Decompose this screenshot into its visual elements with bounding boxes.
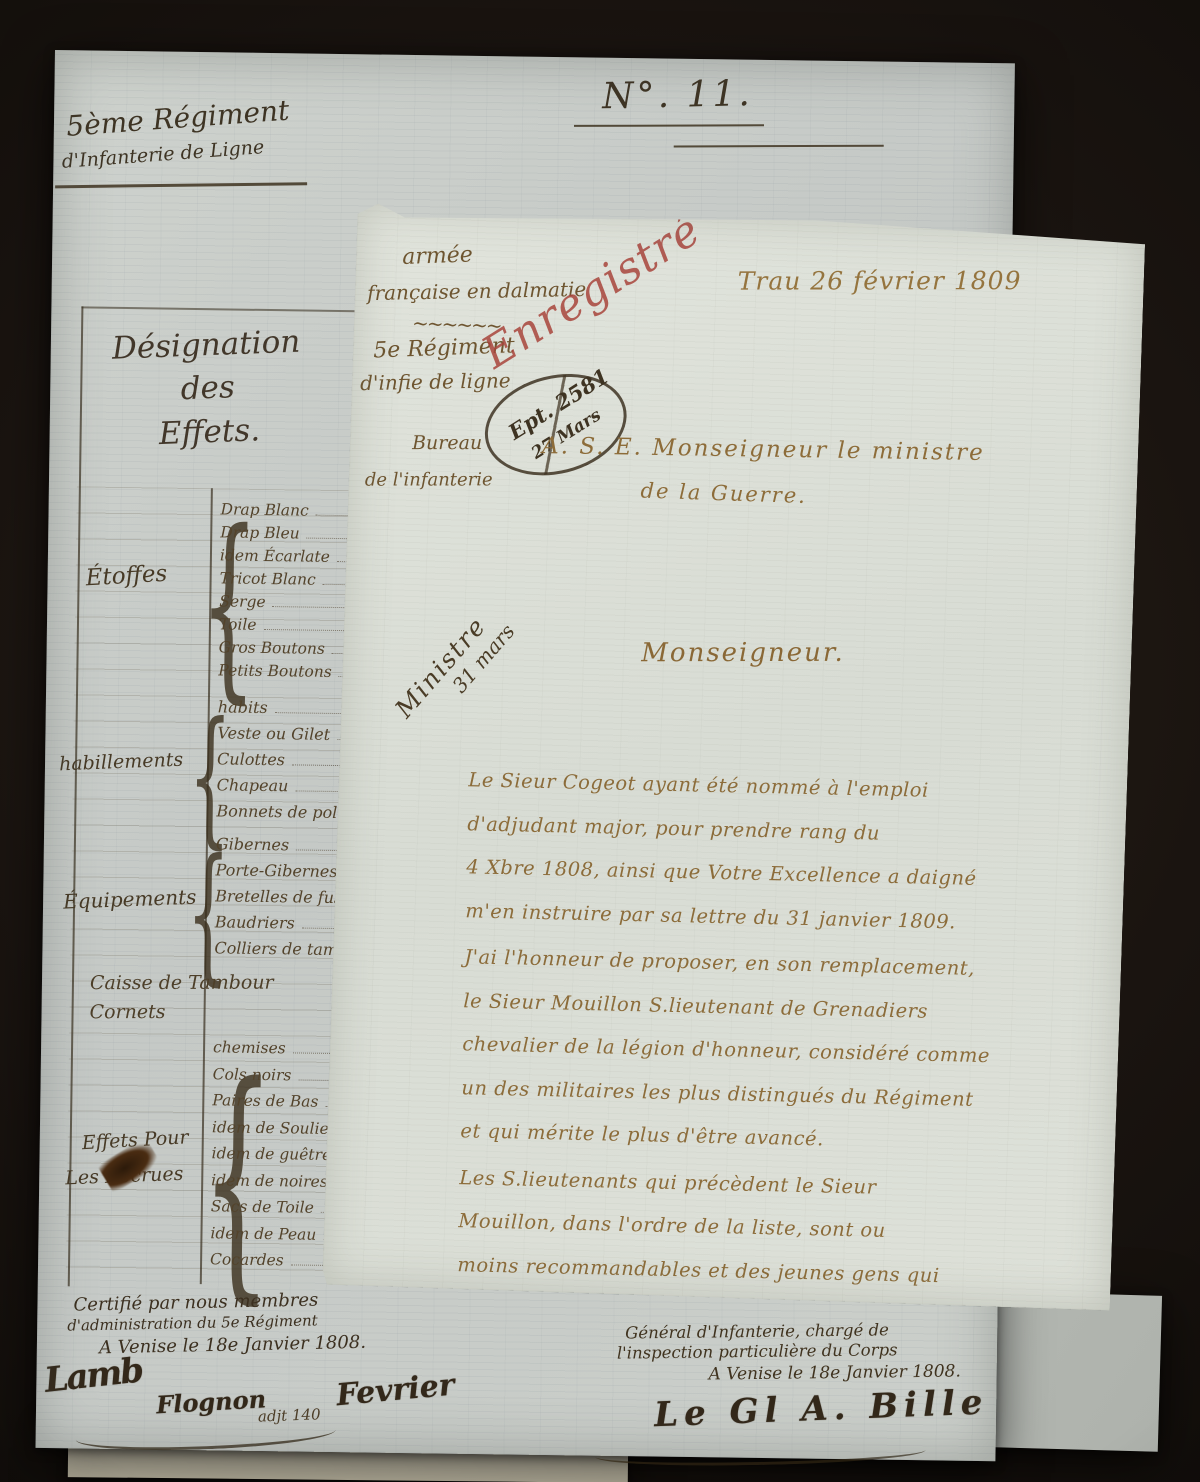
category-label: Équipements [63, 885, 197, 914]
title-underline [55, 182, 307, 188]
body-line: moins recommandables et des jeunes gens … [457, 1243, 1088, 1301]
category-label: habillements [59, 749, 184, 776]
body-line: Le Sieur Cogeot ayant été nommé à l'empl… [468, 758, 1099, 816]
red-registry-note: Enregistré [473, 204, 709, 379]
inspection-line: Général d'Infanterie, chargé de [625, 1320, 889, 1342]
header-underline [574, 124, 764, 127]
table-header-line: Désignation [78, 319, 334, 372]
body-line: et qui mérite le plus d'être avancé. [460, 1109, 1091, 1167]
army-header-line: française en dalmatie [367, 277, 587, 305]
paragraph: Les S.lieutenants qui précèdent le Sieur… [457, 1156, 1090, 1301]
margin-note: Ministre 31 mars [389, 600, 519, 739]
ink-stain [97, 1137, 161, 1193]
certification-line: A Venise le 18e Janvier 1808. [99, 1332, 366, 1359]
signature-scrawl: Flognon [155, 1384, 266, 1419]
brace-mark: { [199, 488, 260, 722]
photo-stage: N°. 11. 5ème Régiment d'Infanterie de Li… [0, 0, 1200, 1482]
table-header-line: Effets. [81, 406, 337, 459]
brace-mark: { [188, 690, 233, 863]
body-line: un des militaires les plus distingués du… [461, 1066, 1092, 1124]
ledger-column-rule [200, 488, 213, 1284]
army-header-line: 5e Régiment [373, 333, 515, 363]
body-line: Mouillon, dans l'ordre de la liste, sont… [458, 1199, 1089, 1257]
body-line: J'ai l'honneur de proposer, en son rempl… [464, 935, 1095, 993]
signature-flourish [595, 1439, 925, 1469]
brace-mark: { [199, 1032, 275, 1326]
body-line: 4 Xbre 1808, ainsi que Votre Excellence … [466, 845, 1097, 903]
category-label: Effets Pour [81, 1126, 189, 1154]
brace-mark: { [186, 827, 231, 1000]
stamp-number: Ept. 2581 [504, 363, 613, 444]
regiment-title-line: d'Infanterie de Ligne [61, 136, 265, 173]
category-label: Les Recrues [65, 1163, 184, 1190]
margin-note-line: 31 mars [447, 619, 519, 697]
number-header: N°. 11. [542, 72, 813, 119]
body-line: m'en instruire par sa lettre du 31 janvi… [465, 889, 1096, 947]
standalone-row: Cornets [90, 1001, 166, 1023]
body-line: Les S.lieutenants qui précèdent le Sieur [459, 1156, 1090, 1214]
signature-scrawl: Lamb [43, 1351, 144, 1401]
margin-note-line: Ministre [389, 600, 501, 723]
bureau-line: de l'infanterie [365, 469, 493, 490]
signature-scrawl: adjt 140 [258, 1405, 321, 1425]
regiment-title-line: 5ème Régiment [65, 94, 290, 143]
general-signature: Le Gl A. Bille [653, 1382, 989, 1435]
inspection-line: l'inspection particulière du Corps [617, 1340, 898, 1362]
address-line: de la Guerre. [640, 479, 807, 509]
flourish-squiggle: ~~~~~~ [412, 311, 501, 338]
army-header-line: d'infie de ligne [360, 368, 511, 395]
table-header: Désignation des Effets. [78, 319, 338, 459]
body-line: le Sieur Mouillon S.lieutenant de Grenad… [463, 979, 1094, 1037]
registration-stamp: Ept. 2581 27 Mars [474, 360, 638, 490]
signature-scrawl: Fevrier [335, 1368, 456, 1414]
ledger-column-rule [68, 306, 84, 1286]
letter-body: Le Sieur Cogeot ayant été nommé à l'empl… [457, 758, 1099, 1303]
header-underline [674, 145, 884, 148]
certification-line: d'administration du 5e Régiment [67, 1311, 318, 1334]
dateline: Trau 26 février 1809 [738, 266, 1022, 295]
ledger-row-rules [66, 486, 369, 1290]
letter-sheet: armée française en dalmatie ~~~~~~ 5e Ré… [322, 203, 1145, 1311]
salutation: Monseigneur. [641, 638, 844, 668]
address-line: A. S. E. Monseigneur le ministre [542, 433, 985, 466]
category-label: Étoffes [85, 561, 168, 592]
table-header-line: des [80, 363, 336, 416]
bureau-line: Bureau [412, 432, 482, 454]
army-header-line: armée [402, 242, 473, 270]
paragraph: J'ai l'honneur de proposer, en son rempl… [460, 935, 1095, 1167]
stamp-date: 27 Mars [528, 405, 605, 463]
inspection-line: A Venise le 18e Janvier 1808. [708, 1361, 960, 1384]
ledger-top-rule [81, 306, 381, 312]
body-line: chevalier de la légion d'honneur, consid… [462, 1022, 1093, 1080]
standalone-row: Caisse de Tambour [90, 972, 274, 995]
signature-flourish [75, 1415, 336, 1454]
body-line: d'adjudant major, pour prendre rang du [467, 802, 1098, 860]
paragraph: Le Sieur Cogeot ayant été nommé à l'empl… [465, 758, 1099, 946]
certification-line: Certifié par nous membres [73, 1290, 318, 1316]
